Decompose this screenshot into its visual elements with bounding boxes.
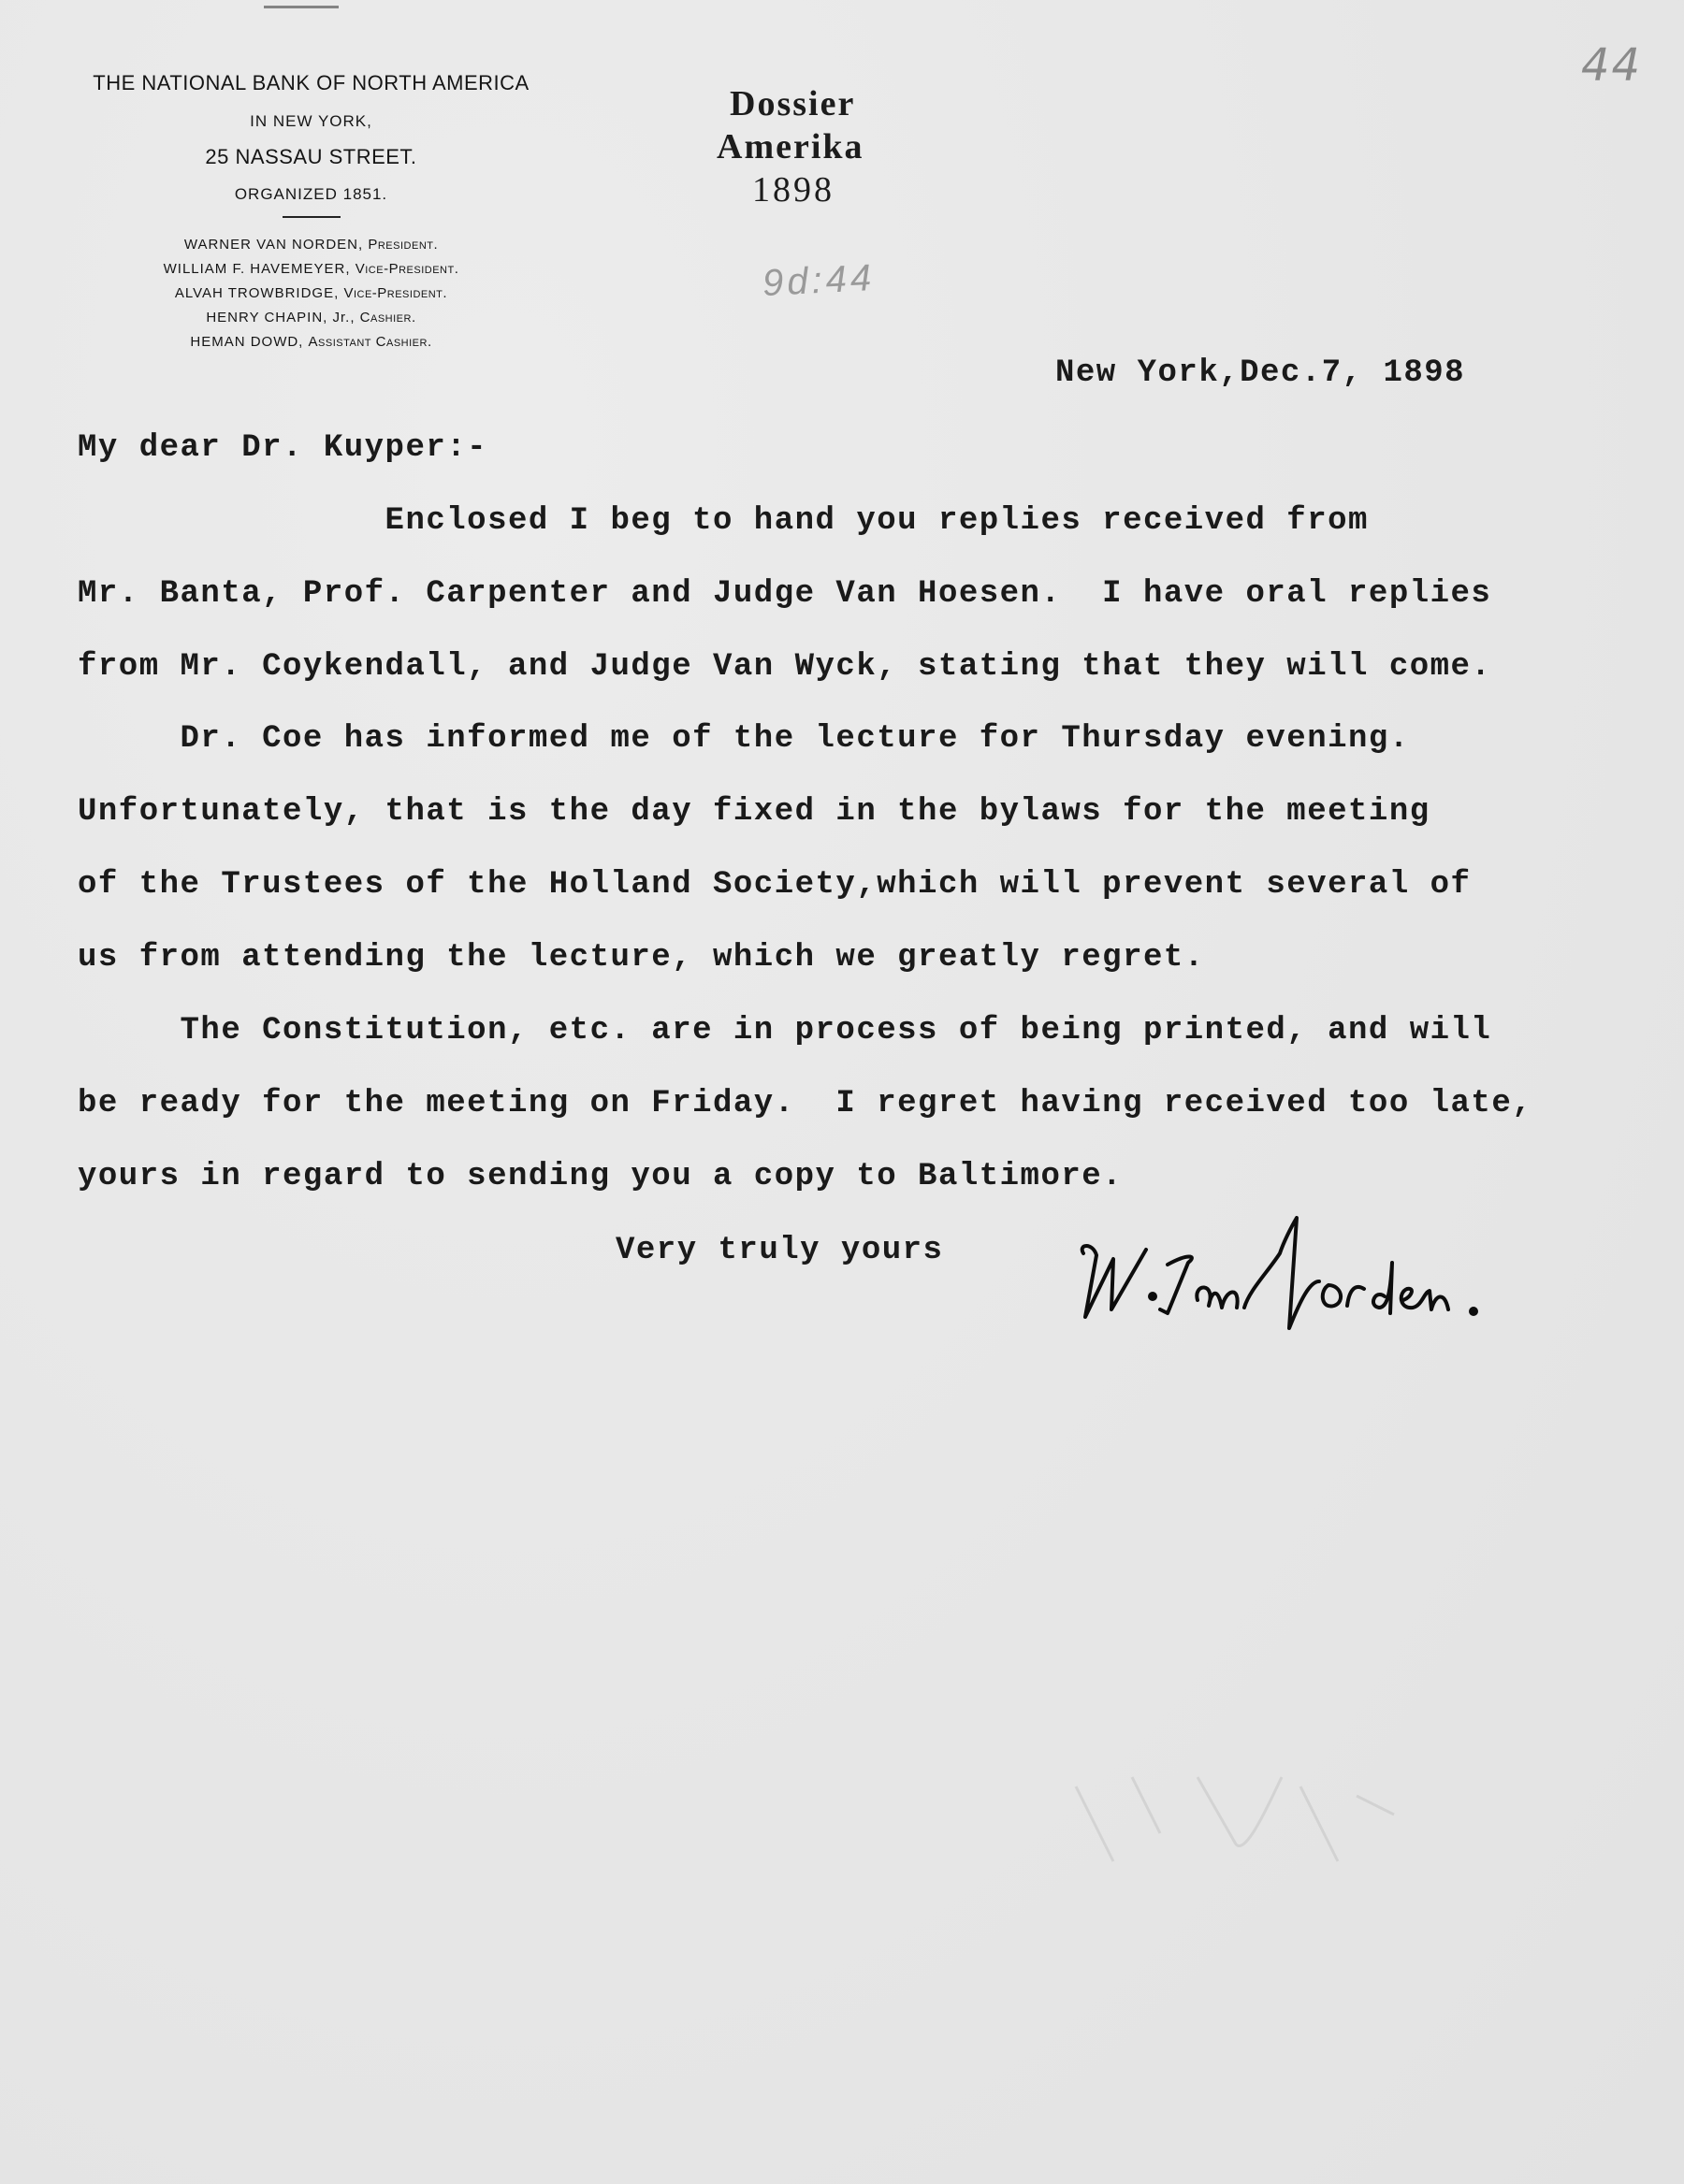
officer-title: Vice-President. (343, 285, 447, 301)
officer-name: WARNER VAN NORDEN, (184, 237, 363, 253)
bank-address: 25 NASSAU STREET. (19, 145, 603, 169)
officer-line: ALVAH TROWBRIDGE, Vice-President. (19, 282, 603, 306)
officer-name: HENRY CHAPIN, Jr., (206, 310, 355, 325)
letter-line: of the Trustees of the Holland Society,w… (78, 867, 1471, 903)
handwritten-signature: W. Van Norden. (1057, 1216, 1609, 1338)
letter-line: yours in regard to sending you a copy to… (78, 1159, 1123, 1194)
officer-name: HEMAN DOWD, (190, 334, 303, 350)
letter-line: Enclosed I beg to hand you replies recei… (78, 503, 1369, 539)
letter-line: Unfortunately, that is the day fixed in … (78, 794, 1430, 830)
letter-salutation: My dear Dr. Kuyper:- (78, 430, 487, 466)
letter-line: Mr. Banta, Prof. Carpenter and Judge Van… (78, 576, 1491, 612)
letter-line: The Constitution, etc. are in process of… (78, 1013, 1491, 1049)
officer-line: WARNER VAN NORDEN, President. (19, 233, 603, 257)
letter-page: THE NATIONAL BANK OF NORTH AMERICA IN NE… (0, 0, 1684, 2184)
officer-name: WILLIAM F. HAVEMEYER, (164, 261, 351, 277)
stamp-line: Dossier (711, 82, 926, 125)
officer-title: President. (368, 237, 438, 253)
officer-title: Cashier. (360, 310, 416, 325)
letter-line: from Mr. Coykendall, and Judge Van Wyck,… (78, 649, 1491, 685)
officer-title: Vice-President. (356, 261, 459, 277)
officer-name: ALVAH TROWBRIDGE, (175, 285, 339, 301)
letter-line: Dr. Coe has informed me of the lecture f… (78, 721, 1410, 757)
faint-show-through-signature (1057, 1758, 1413, 1889)
officer-line: HENRY CHAPIN, Jr., Cashier. (19, 306, 603, 330)
letterhead-divider (283, 216, 341, 218)
bank-name: THE NATIONAL BANK OF NORTH AMERICA (19, 71, 603, 95)
officer-line: WILLIAM F. HAVEMEYER, Vice-President. (19, 257, 603, 282)
officer-title: Assistant Cashier. (309, 334, 432, 350)
scan-edge-mark (264, 6, 339, 8)
letter-closing: Very truly yours (616, 1233, 943, 1268)
officer-line: HEMAN DOWD, Assistant Cashier. (19, 330, 603, 354)
letter-line: us from attending the lecture, which we … (78, 940, 1205, 976)
stamp-line: 1898 (711, 168, 926, 211)
dossier-stamp: Dossier Amerika 1898 (711, 82, 926, 211)
letter-line: be ready for the meeting on Friday. I re… (78, 1086, 1532, 1121)
stamp-line: Amerika (711, 125, 926, 168)
bank-organized: ORGANIZED 1851. (19, 185, 603, 204)
bank-city: IN NEW YORK, (19, 112, 603, 131)
bank-letterhead: THE NATIONAL BANK OF NORTH AMERICA IN NE… (19, 71, 603, 354)
page-number: 44 (1581, 39, 1642, 92)
letter-dateline: New York,Dec.7, 1898 (1055, 355, 1465, 391)
archive-reference: 9d:44 (762, 257, 876, 305)
